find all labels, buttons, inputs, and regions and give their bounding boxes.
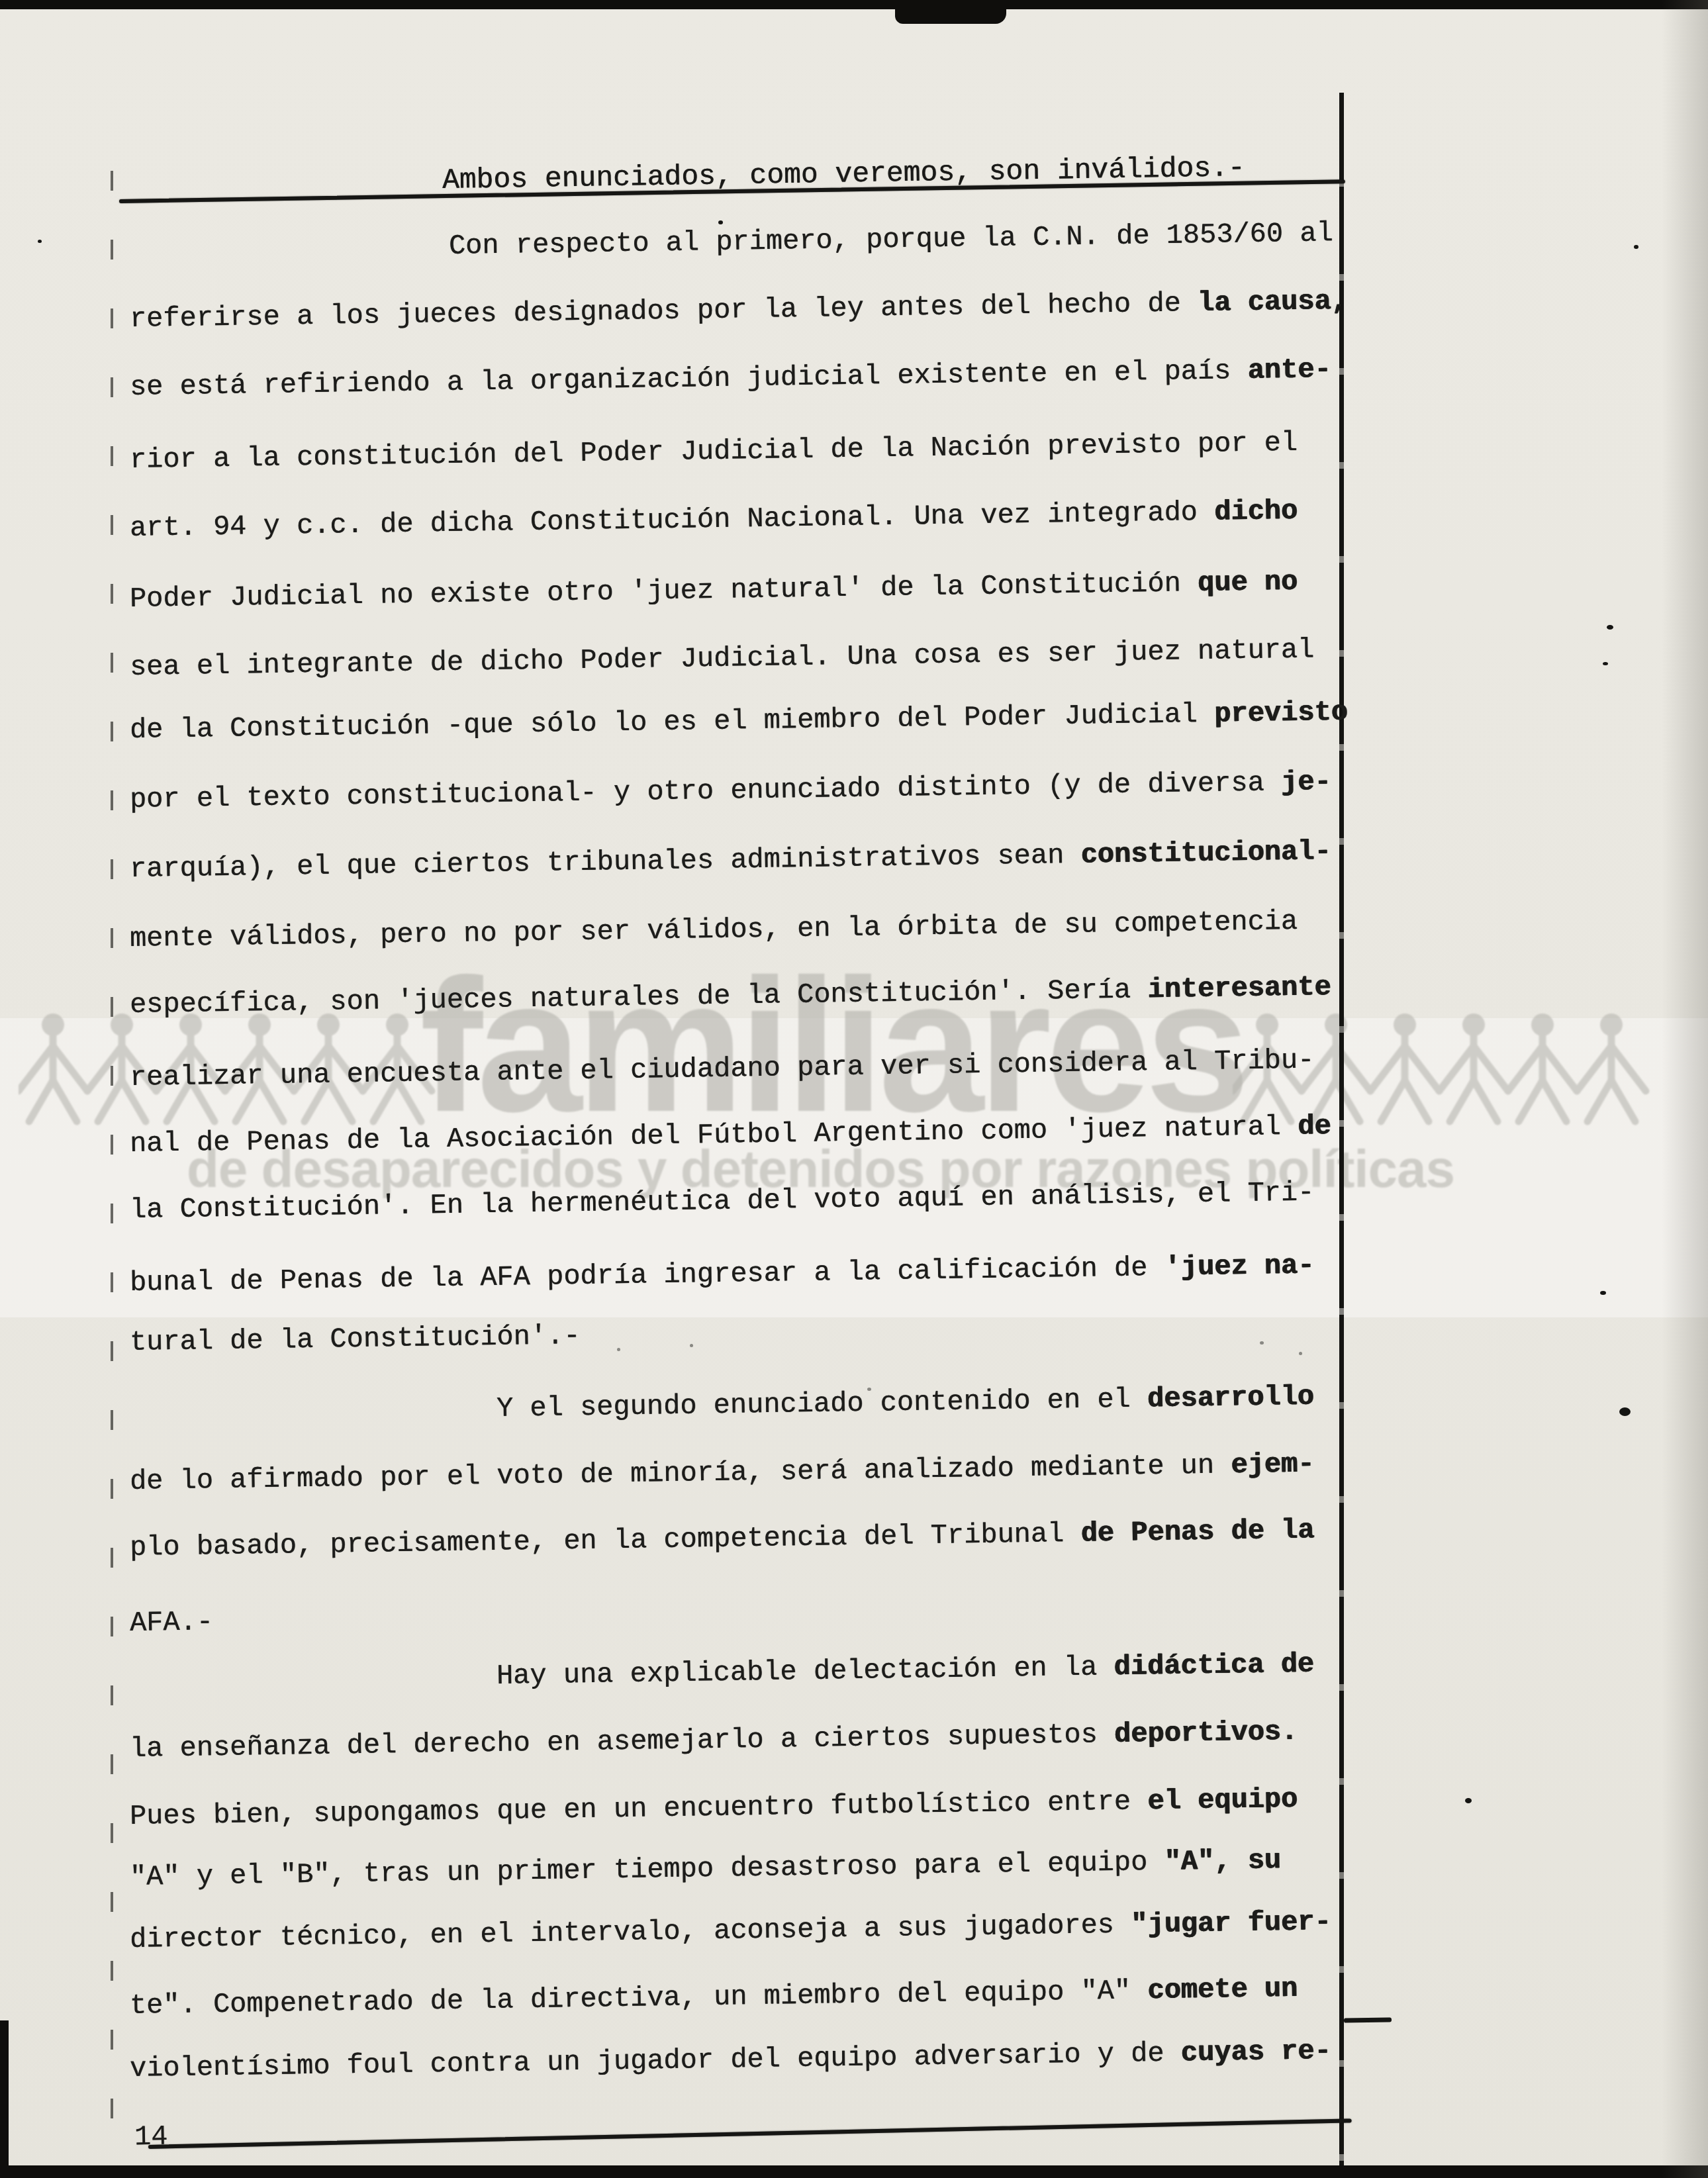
line-text: Y el segundo enunciado contenido en el bbox=[497, 1383, 1148, 1425]
text-line: AFA.- bbox=[130, 1605, 214, 1640]
text-line: art. 94 y c.c. de dicha Constitución Nac… bbox=[130, 494, 1298, 545]
line-text-bold: desarrollo bbox=[1147, 1381, 1315, 1415]
line-text: sea el integrante de dicho Poder Judicia… bbox=[130, 634, 1315, 683]
line-text-bold: ante- bbox=[1247, 354, 1331, 387]
scan-speck bbox=[38, 240, 42, 243]
text-line: director técnico, en el intervalo, acons… bbox=[130, 1905, 1331, 1957]
line-text-bold: que no bbox=[1198, 566, 1298, 599]
footer-rule bbox=[148, 2118, 1352, 2149]
line-text: Poder Judicial no existe otro 'juez natu… bbox=[130, 567, 1198, 615]
line-text-bold: ejem- bbox=[1231, 1448, 1315, 1481]
text-line: te". Compenetrado de la directiva, un mi… bbox=[130, 1971, 1298, 2023]
line-text: se está refiriendo a la organización jud… bbox=[130, 355, 1248, 403]
line-text: violentísimo foul contra un jugador del … bbox=[130, 2037, 1181, 2085]
text-line: referirse a los jueces designados por la… bbox=[130, 284, 1348, 336]
scan-edge-bottom bbox=[0, 2165, 1708, 2178]
text-line: sea el integrante de dicho Poder Judicia… bbox=[130, 632, 1315, 685]
line-text-bold: el equipo bbox=[1147, 1783, 1298, 1817]
line-text-bold: previsto bbox=[1214, 696, 1348, 730]
line-text-bold: "A", su bbox=[1164, 1844, 1281, 1878]
scan-edge-right-shade bbox=[1662, 0, 1708, 2178]
line-text: rior a la constitución del Poder Judicia… bbox=[130, 427, 1298, 476]
line-text: la enseñanza del derecho en asemejarlo a… bbox=[130, 1719, 1115, 1765]
scan-speck bbox=[867, 1388, 871, 1391]
scanned-document-page: familiares de desaparecidos y detenidos … bbox=[0, 0, 1708, 2178]
line-text-bold: constitucional- bbox=[1080, 835, 1331, 871]
text-line: se está refiriendo a la organización jud… bbox=[130, 352, 1331, 404]
line-text: "A" y el "B", tras un primer tiempo desa… bbox=[130, 1846, 1164, 1893]
line-text-bold: 'juez na- bbox=[1164, 1249, 1315, 1283]
line-text-bold: la causa, bbox=[1198, 285, 1349, 319]
line-text: plo basado, precisamente, en la competen… bbox=[130, 1518, 1081, 1564]
text-line: de la Constitución -que sólo lo es el mi… bbox=[130, 695, 1348, 747]
text-line: violentísimo foul contra un jugador del … bbox=[130, 2034, 1331, 2086]
line-text-bold: dicho bbox=[1214, 495, 1298, 528]
line-text-bold: de Penas de la bbox=[1080, 1514, 1315, 1549]
line-text: director técnico, en el intervalo, acons… bbox=[130, 1909, 1131, 1956]
scan-edge-blob bbox=[895, 0, 1006, 24]
line-text: Con respecto al primero, porque la C.N. … bbox=[449, 217, 1333, 262]
line-text: art. 94 y c.c. de dicha Constitución Nac… bbox=[130, 497, 1215, 544]
line-text: AFA.- bbox=[130, 1606, 214, 1639]
line-text: tural de la Constitución'.- bbox=[130, 1320, 581, 1358]
text-line: por el texto constitucional- y otro enun… bbox=[130, 765, 1331, 817]
text-line: tural de la Constitución'.- bbox=[130, 1319, 581, 1360]
text-line: "A" y el "B", tras un primer tiempo desa… bbox=[130, 1843, 1282, 1895]
margin-tick bbox=[1344, 2017, 1392, 2022]
scan-speck bbox=[617, 1348, 620, 1351]
scan-speck bbox=[1607, 625, 1613, 630]
text-line: Pues bien, supongamos que en un encuentr… bbox=[130, 1782, 1298, 1834]
line-text: de lo afirmado por el voto de minoría, s… bbox=[130, 1449, 1231, 1497]
line-text: te". Compenetrado de la directiva, un mi… bbox=[130, 1975, 1148, 2022]
text-line: Poder Judicial no existe otro 'juez natu… bbox=[130, 565, 1298, 616]
scan-speck bbox=[690, 1344, 693, 1347]
scan-speck bbox=[1600, 1291, 1606, 1295]
scan-speck bbox=[1299, 1352, 1302, 1355]
line-text: de la Constitución -que sólo lo es el mi… bbox=[130, 698, 1215, 746]
line-text: por el texto constitucional- y otro enun… bbox=[130, 767, 1282, 816]
line-text-bold: cuyas re- bbox=[1180, 2035, 1331, 2069]
text-line: de lo afirmado por el voto de minoría, s… bbox=[130, 1446, 1315, 1499]
text-line: Y el segundo enunciado contenido en el d… bbox=[497, 1380, 1315, 1426]
line-text-bold: comete un bbox=[1147, 1973, 1298, 2007]
text-line: rior a la constitución del Poder Judicia… bbox=[130, 426, 1298, 477]
scan-speck bbox=[718, 220, 723, 224]
left-margin-dashed-line bbox=[111, 171, 113, 2147]
scan-speck bbox=[1619, 1407, 1631, 1416]
scan-edge-top bbox=[0, 0, 1708, 9]
scan-speck bbox=[1465, 1798, 1472, 1803]
text-line: plo basado, precisamente, en la competen… bbox=[130, 1513, 1315, 1565]
text-line: rarquía), el que ciertos tribunales admi… bbox=[130, 834, 1331, 886]
scan-speck bbox=[1260, 1341, 1264, 1345]
scan-speck bbox=[1603, 662, 1608, 665]
line-text-bold: de bbox=[1298, 1110, 1331, 1143]
line-text-bold: deportivos. bbox=[1114, 1716, 1298, 1750]
scan-speck bbox=[1634, 245, 1638, 249]
line-text-bold: didáctica de bbox=[1114, 1648, 1314, 1683]
scan-edge-left bbox=[0, 2020, 9, 2178]
right-margin-rule bbox=[1339, 93, 1344, 2178]
line-text: Pues bien, supongamos que en un encuentr… bbox=[130, 1785, 1148, 1832]
text-line: Hay una explicable delectación en la did… bbox=[497, 1647, 1315, 1693]
line-text: Hay una explicable delectación en la bbox=[497, 1651, 1114, 1692]
line-text: rarquía), el que ciertos tribunales admi… bbox=[130, 839, 1081, 885]
line-text: referirse a los jueces designados por la… bbox=[130, 287, 1198, 335]
line-text-bold: "jugar fuer- bbox=[1131, 1906, 1331, 1940]
line-text-bold: je- bbox=[1281, 766, 1331, 798]
line-text-bold: interesante bbox=[1147, 971, 1331, 1006]
text-line: Con respecto al primero, porque la C.N. … bbox=[449, 216, 1333, 263]
text-line: la enseñanza del derecho en asemejarlo a… bbox=[130, 1715, 1298, 1766]
